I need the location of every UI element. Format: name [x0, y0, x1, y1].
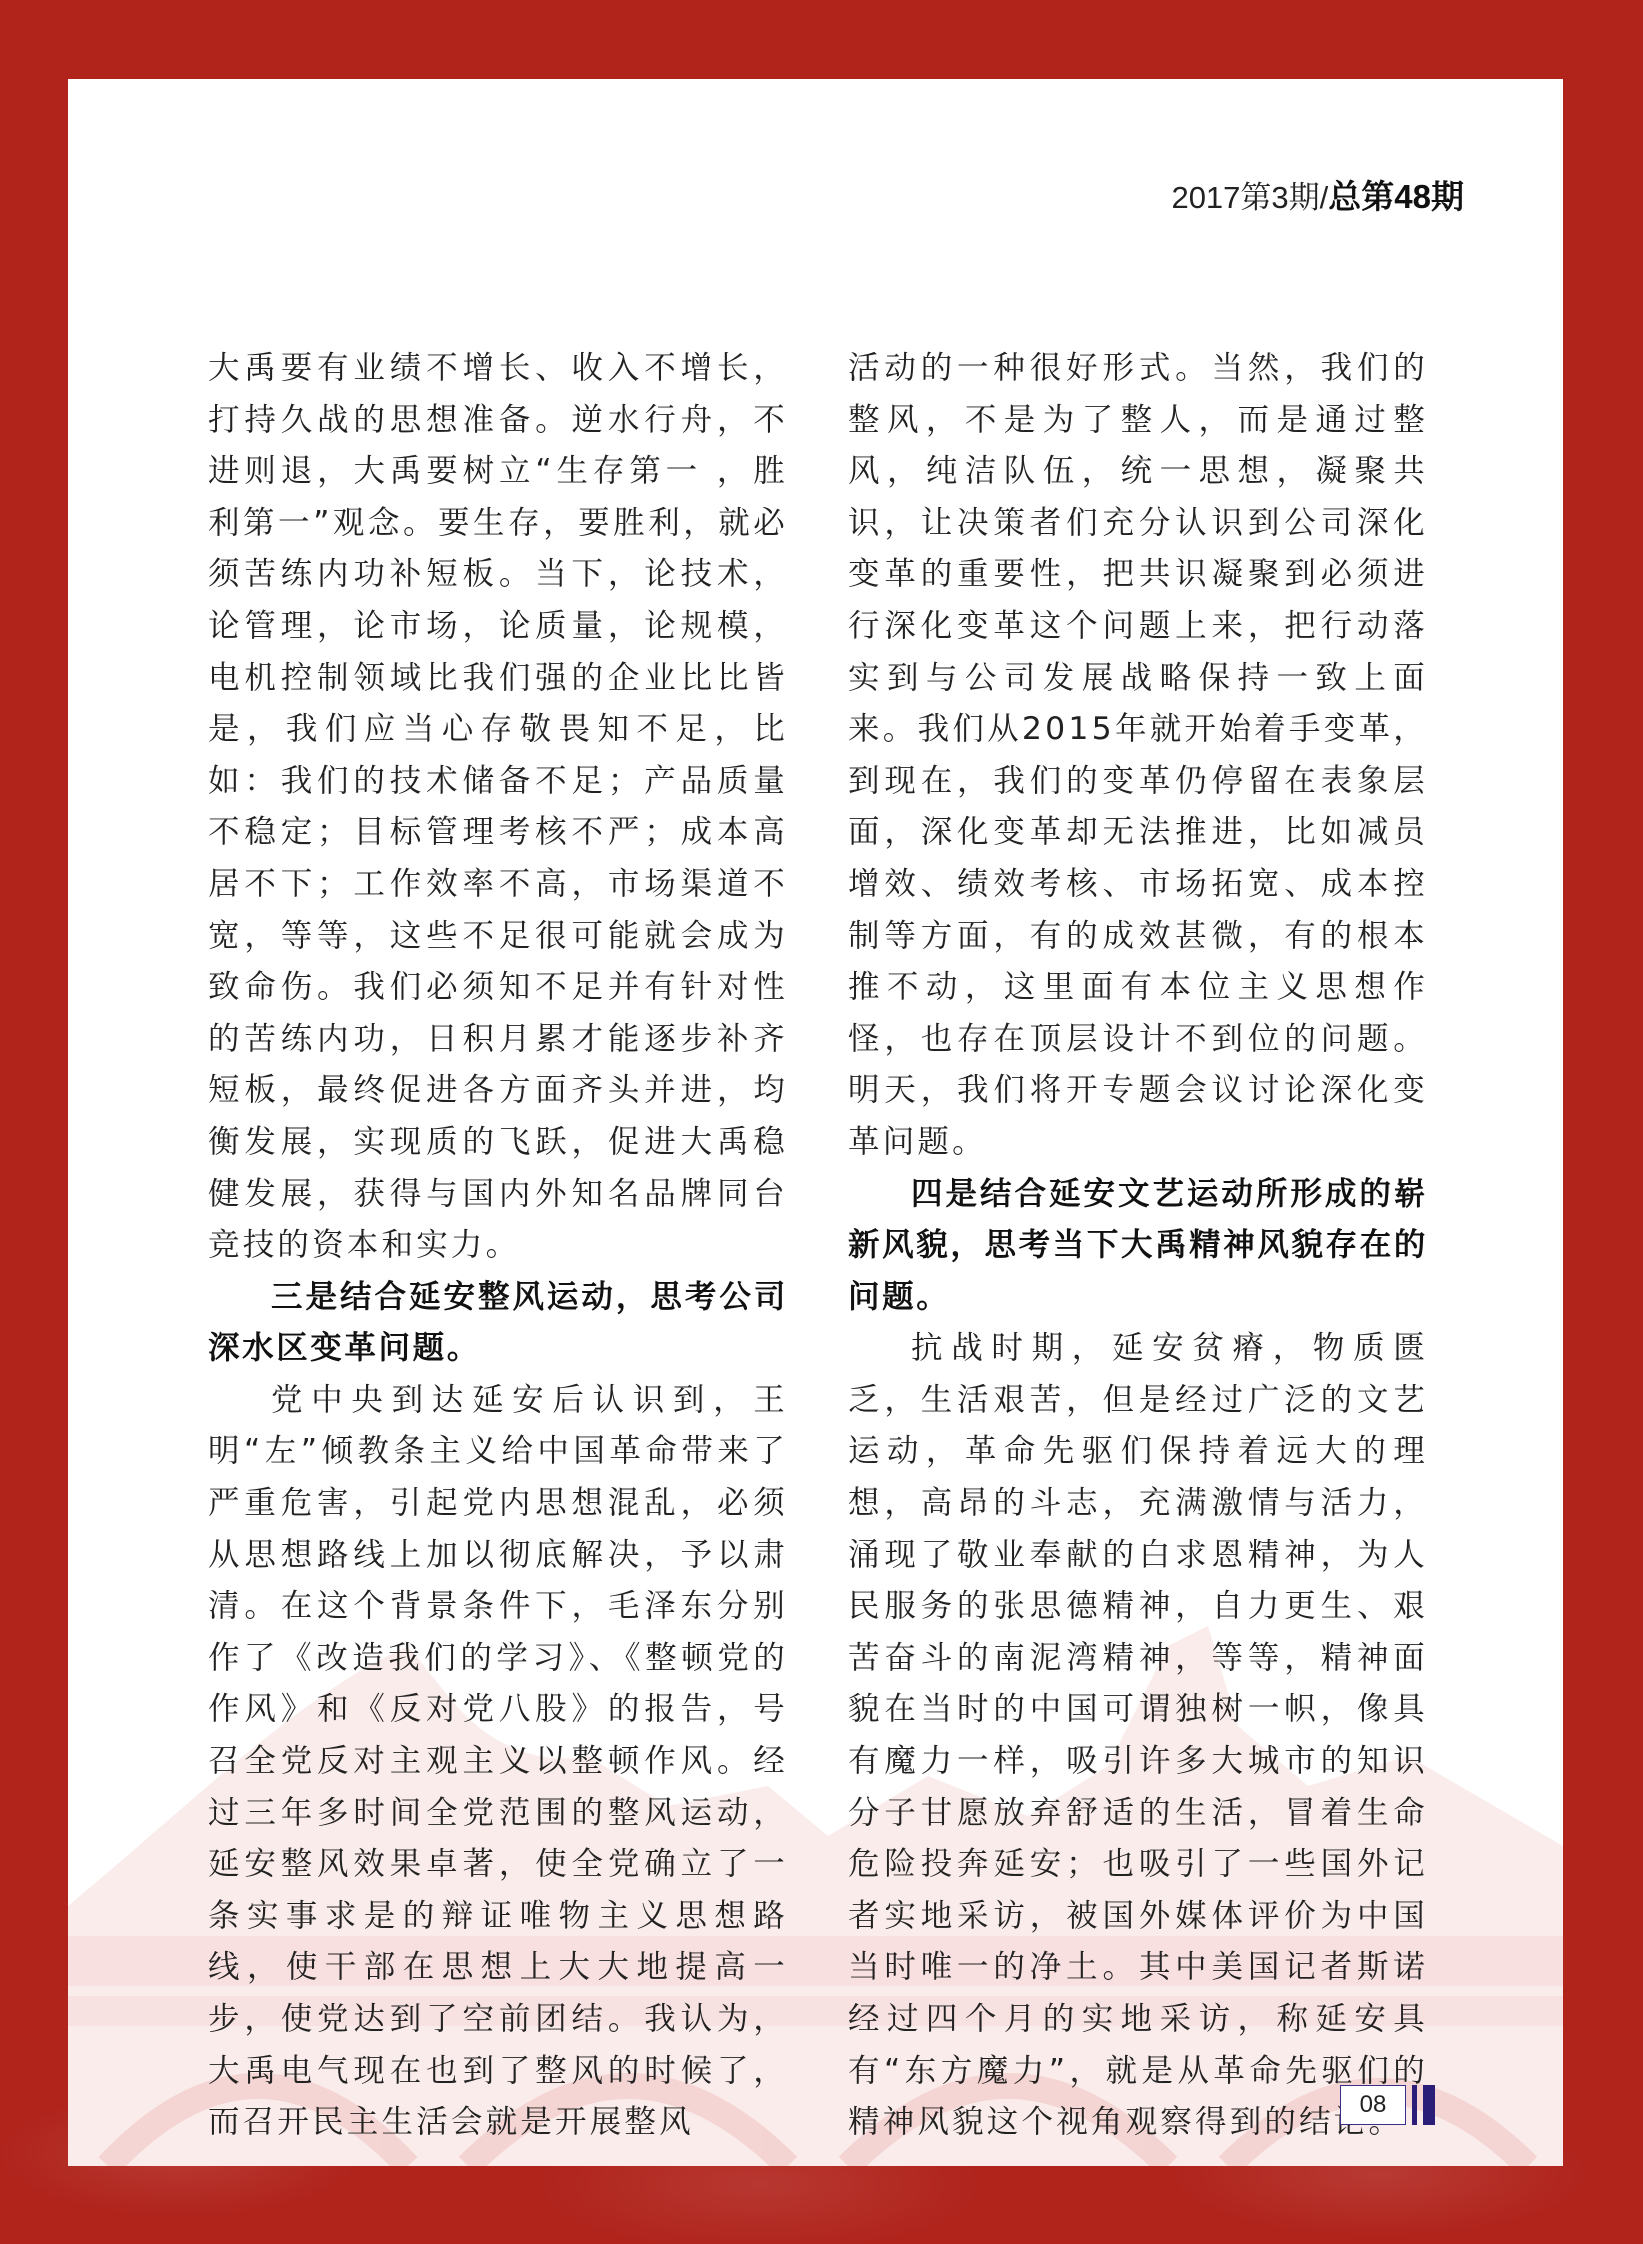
page-number: 08 — [1340, 2085, 1406, 2125]
page-number-bar-thin — [1412, 2085, 1417, 2125]
paragraph: 大禹要有业绩不增长、收入不增长，打持久战的思想准备。逆水行舟，不进则退，大禹要树… — [208, 343, 788, 1272]
page-number-bar-thick — [1423, 2085, 1435, 2125]
article-column-left: 大禹要有业绩不增长、收入不增长，打持久战的思想准备。逆水行舟，不进则退，大禹要树… — [208, 343, 788, 2149]
article-column-right: 活动的一种很好形式。当然，我们的整风，不是为了整人，而是通过整风，纯洁队伍，统一… — [848, 343, 1428, 2149]
paragraph: 活动的一种很好形式。当然，我们的整风，不是为了整人，而是通过整风，纯洁队伍，统一… — [848, 343, 1428, 1169]
issue-header: 2017第3期/总第48期 — [1171, 171, 1464, 218]
magazine-page: 2017第3期/总第48期 大禹要有业绩不增长、收入不增长，打持久战的思想准备。… — [68, 79, 1563, 2166]
paragraph: 抗战时期，延安贫瘠，物质匮乏，生活艰苦，但是经过广泛的文艺运动，革命先驱们保持着… — [848, 1323, 1428, 2149]
paragraph: 党中央到达延安后认识到，王明“左”倾教条主义给中国革命带来了严重危害，引起党内思… — [208, 1375, 788, 2149]
page-number-badge: 08 — [1340, 2085, 1435, 2125]
total-issue-number: 总第48期 — [1328, 178, 1464, 215]
section-heading-three: 三是结合延安整风运动，思考公司深水区变革问题。 — [208, 1272, 788, 1375]
issue-number: 2017第3期/ — [1171, 180, 1328, 215]
section-heading-four: 四是结合延安文艺运动所形成的崭新风貌，思考当下大禹精神风貌存在的问题。 — [848, 1169, 1428, 1324]
